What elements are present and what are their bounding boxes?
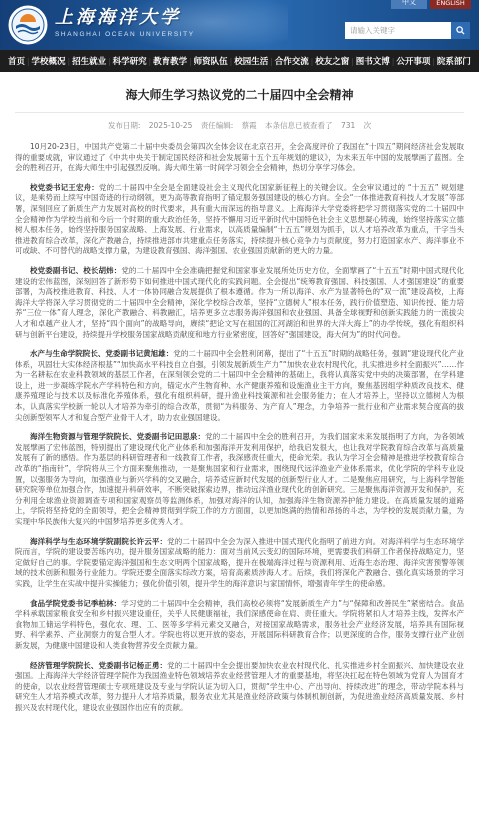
- article-container: 海大师生学习热议党的二十届四中全会精神 发布日期: 2025-10-25 责任编…: [0, 72, 479, 714]
- language-chinese-button[interactable]: 中文: [391, 0, 427, 9]
- nav-separator: |: [27, 57, 30, 66]
- university-brand: 上海海洋大学 SHANGHAI OCEAN UNIVERSITY: [55, 7, 195, 38]
- site-header: 上海海洋大学 SHANGHAI OCEAN UNIVERSITY 中文 ENGL…: [0, 0, 479, 50]
- nav-separator: |: [230, 57, 233, 66]
- article-meta: 发布日期: 2025-10-25 责任编辑: 蔡霞 本条信息已被查看了 731 …: [15, 120, 464, 131]
- university-name-en: SHANGHAI OCEAN UNIVERSITY: [55, 31, 195, 38]
- article-paragraph: 水产与生命学院院长、党委副书记黄旭雄：党的二十届四中全会胜利闭幕，提出了“十五五…: [15, 349, 464, 423]
- nav-item-6[interactable]: 师资队伍: [194, 55, 228, 67]
- speaker-name: 校党委副书记、校长胡炜：: [30, 266, 121, 275]
- search-input[interactable]: [345, 22, 451, 39]
- nav-separator: |: [149, 57, 152, 66]
- article-paragraph: 校党委书记王宏舟：党的二十届四中全会是全面建设社会主义现代化国家新征程上的关键会…: [15, 183, 464, 257]
- page-title: 海大师生学习热议党的二十届四中全会精神: [15, 86, 464, 103]
- nav-item-9[interactable]: 校友之窗: [315, 55, 349, 67]
- search-button[interactable]: [451, 22, 470, 39]
- article-paragraph: 海洋科学与生态环境学院副院长许云平：党的二十届四中全会为深入推进中国式现代化指明…: [15, 537, 464, 590]
- nav-item-2[interactable]: 学校概况: [32, 55, 66, 67]
- language-english-button[interactable]: ENGLISH: [430, 0, 471, 9]
- title-divider: [15, 112, 464, 113]
- speaker-name: 校党委书记王宏舟：: [30, 183, 99, 192]
- article-paragraph: 食品学院党委书记季柏林：学习党的二十届四中全会精神，我们高校必须将“发展新质生产…: [15, 599, 464, 652]
- editor-name: 蔡霞: [242, 121, 257, 130]
- nav-item-8[interactable]: 合作交流: [275, 55, 309, 67]
- speaker-name: 食品学院党委书记季柏林：: [30, 599, 121, 608]
- views-suffix: 次: [361, 121, 371, 130]
- nav-item-7[interactable]: 校园生活: [234, 55, 268, 67]
- article-paragraph: 校党委副书记、校长胡炜：党的二十届四中全会准确把握党和国家事业发展所处历史方位，…: [15, 266, 464, 340]
- university-name-cn: 上海海洋大学: [55, 7, 195, 29]
- nav-item-12[interactable]: 院系部门: [437, 55, 471, 67]
- nav-separator: |: [311, 57, 314, 66]
- nav-separator: |: [67, 57, 70, 66]
- views-count: 731: [341, 121, 355, 130]
- nav-separator: |: [392, 57, 395, 66]
- editor-label: 责任编辑:: [201, 121, 236, 130]
- speaker-name: 海洋科学与生态环境学院副院长许云平：: [30, 537, 167, 546]
- speaker-name: 海洋生物资源与管理学院院长、党委副书记田思泉：: [30, 432, 205, 441]
- article-paragraph: 经济管理学院院长、党委副书记杨正勇：党的二十届四中全会提出要加快农业农村现代化、…: [15, 661, 464, 714]
- article-paragraph: 10月20-23日，中国共产党第二十届中央委员会第四次全体会议在北京召开，全会高…: [15, 142, 464, 174]
- university-logo-icon: [8, 5, 48, 45]
- search-bar: [345, 22, 470, 39]
- nav-separator: |: [189, 57, 192, 66]
- nav-item-1[interactable]: 首页: [8, 55, 25, 67]
- nav-item-4[interactable]: 科学研究: [113, 55, 147, 67]
- speaker-name: 经济管理学院院长、党委副书记杨正勇：: [30, 661, 167, 670]
- nav-item-5[interactable]: 教育教学: [153, 55, 187, 67]
- nav-separator: |: [351, 57, 354, 66]
- nav-item-11[interactable]: 公开事项: [396, 55, 430, 67]
- speaker-name: 水产与生命学院院长、党委副书记黄旭雄：: [30, 349, 173, 358]
- publish-date-label: 发布日期:: [108, 121, 143, 130]
- nav-separator: |: [270, 57, 273, 66]
- article-body: 10月20-23日，中国共产党第二十届中央委员会第四次全体会议在北京召开，全会高…: [15, 142, 464, 714]
- article-paragraph: 海洋生物资源与管理学院院长、党委副书记田思泉：党的二十届四中全会的胜利召开，为我…: [15, 432, 464, 527]
- publish-date: 2025-10-25: [149, 121, 193, 130]
- search-icon: [456, 26, 465, 35]
- nav-item-10[interactable]: 图书文博: [356, 55, 390, 67]
- nav-item-3[interactable]: 招生就业: [72, 55, 106, 67]
- views-prefix: 本条信息已被查看了: [265, 121, 335, 130]
- nav-separator: |: [108, 57, 111, 66]
- nav-menu: 首页|学校概况|招生就业|科学研究|教育教学|师资队伍|校园生活|合作交流|校友…: [0, 50, 479, 72]
- nav-separator: |: [432, 57, 435, 66]
